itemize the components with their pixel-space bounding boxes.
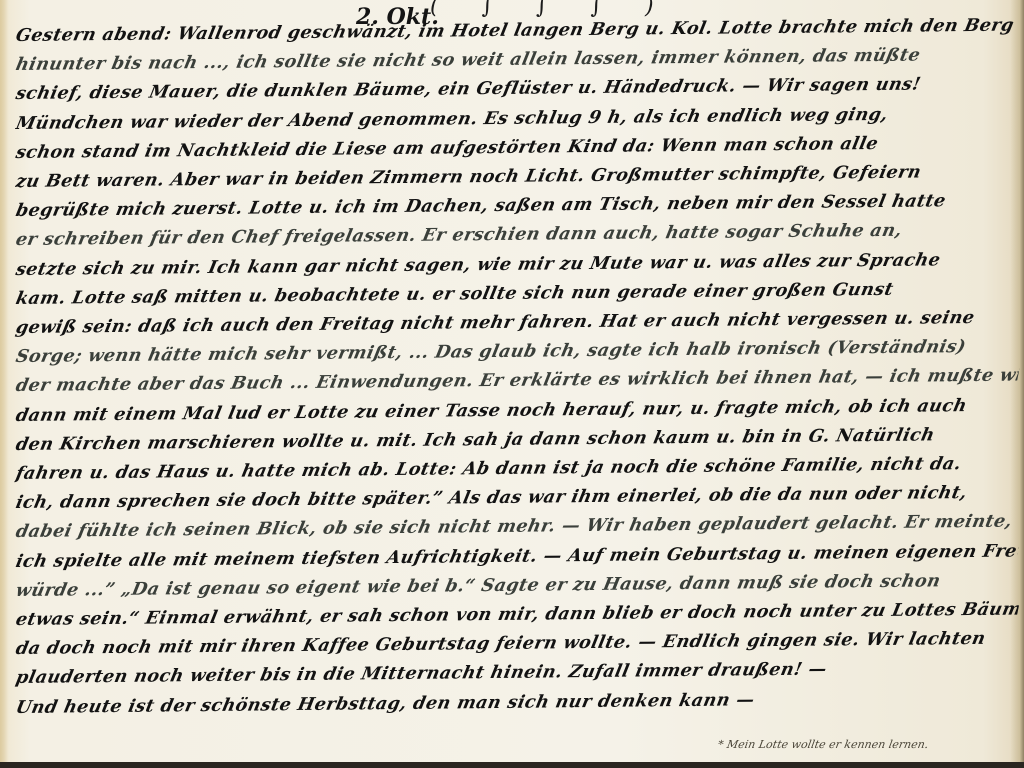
- handwritten-line: Mündchen war wieder der Abend genommen. …: [14, 103, 1020, 133]
- handwritten-line: den Kirchen marschieren wollte u. mit. I…: [14, 424, 1020, 454]
- handwritten-line: würde ...” „Da ist genau so eigent wie b…: [14, 570, 1020, 600]
- handwritten-line: er schreiben für den Chef freigelassen. …: [14, 220, 1020, 250]
- handwritten-line: kam. Lotte saß mitten u. beobachtete u. …: [14, 278, 1020, 308]
- handwritten-line: ich spielte alle mit meinem tiefsten Auf…: [14, 541, 1020, 571]
- handwritten-line: hinunter bis nach ..., ich sollte sie ni…: [14, 45, 1020, 75]
- handwritten-line: Gestern abend: Wallenrod geschwänzt, im …: [14, 16, 1020, 46]
- handwritten-line: zu Bett waren. Aber war in beiden Zimmer…: [14, 162, 1020, 192]
- handwritten-line: plauderten noch weiter bis in die Mitter…: [14, 658, 1020, 688]
- handwritten-line: fahren u. das Haus u. hatte mich ab. Lot…: [14, 454, 1020, 484]
- handwritten-line: Sorge; wenn hätte mich sehr vermißt, ...…: [14, 337, 1020, 367]
- footnote: * Mein Lotte wollte er kennen lernen.: [717, 738, 930, 751]
- header-fragment: ( ∫ ∫ ∫ ): [430, 0, 672, 19]
- handwritten-line: setzte sich zu mir. Ich kann gar nicht s…: [14, 249, 1020, 279]
- handwritten-line: schief, diese Mauer, die dunklen Bäume, …: [14, 74, 1020, 104]
- handwritten-line: der machte aber das Buch ... Einwendunge…: [14, 366, 1020, 396]
- handwritten-line: Und heute ist der schönste Herbsttag, de…: [14, 687, 1020, 717]
- handwritten-line: dabei fühlte ich seinen Blick, ob sie si…: [14, 512, 1020, 542]
- handwritten-line: ich, dann sprechen sie doch bitte später…: [14, 483, 1020, 513]
- diary-page: ( ∫ ∫ ∫ ) 2. Okt. Gestern abend: Wallenr…: [0, 0, 1024, 768]
- scan-bottom-edge: [0, 762, 1024, 768]
- handwritten-line: da doch noch mit mir ihren Kaffee Geburt…: [14, 629, 1020, 659]
- handwritten-line: etwas sein.“ Einmal erwähnt, er sah scho…: [14, 600, 1020, 630]
- handwritten-line: dann mit einem Mal lud er Lotte zu einer…: [14, 395, 1020, 425]
- handwritten-line: gewiß sein: daß ich auch den Freitag nic…: [14, 308, 1020, 338]
- binding-shadow: [0, 0, 8, 768]
- handwritten-line: begrüßte mich zuerst. Lotte u. ich im Da…: [14, 191, 1020, 221]
- handwritten-line: schon stand im Nachtkleid die Liese am a…: [14, 132, 1020, 162]
